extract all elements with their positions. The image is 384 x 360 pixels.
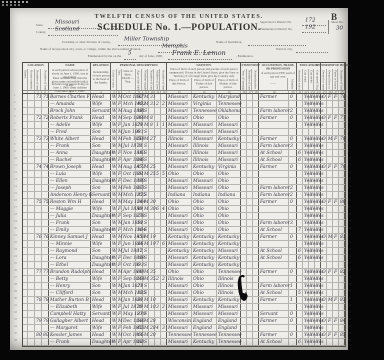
margin-line-number: 7 xyxy=(348,136,350,139)
margin-line-number: 9 xyxy=(14,150,16,153)
handwritten-entry: Brandon Rudolph xyxy=(50,270,90,275)
column-label: Number of these children living. xyxy=(161,70,164,90)
cell-mo xyxy=(289,206,297,212)
cell-nat3: Ohio xyxy=(217,185,241,191)
cell-fam xyxy=(42,262,49,268)
cell-fsch xyxy=(339,311,345,317)
cell-fam xyxy=(42,241,49,247)
handwritten-entry: Missouri xyxy=(168,123,188,128)
handwritten-entry: Kinney Samuel J xyxy=(50,235,88,240)
handwritten-entry: W xyxy=(112,277,117,282)
cell-age: 29 xyxy=(136,122,143,128)
handwritten-entry: W xyxy=(112,326,117,331)
cell-nat2: Kentucky xyxy=(192,241,217,247)
handwritten-entry: At School xyxy=(260,151,282,156)
table-row: Brock JohnServantWMAug 188118SMissouriTe… xyxy=(23,108,345,115)
cell-fsch xyxy=(339,283,345,289)
handwritten-entry: England xyxy=(193,326,212,331)
handwritten-entry: 39 xyxy=(137,298,143,303)
cell-mo: 0 xyxy=(289,199,297,205)
cell-fsch xyxy=(339,325,345,331)
margin-line-number: 16 xyxy=(14,199,17,202)
handwritten-entry: Missouri xyxy=(218,123,238,128)
cell-dw xyxy=(35,213,42,219)
table-row: 7777Brandon RudolphHeadWMApr 184060M35Oh… xyxy=(23,269,345,276)
cell-nat2: Kentucky xyxy=(192,234,217,240)
cell-name: — Elizabeth xyxy=(49,304,91,310)
handwritten-entry: Kentucky xyxy=(218,137,239,142)
cell-hn xyxy=(28,255,35,261)
handwritten-entry: 6 xyxy=(156,207,159,212)
cell-dob: Jul 1850 xyxy=(122,206,136,212)
margin-line-number: 29 xyxy=(14,290,17,293)
cell-hn xyxy=(28,213,35,219)
cell-dw: 77 xyxy=(35,269,42,275)
handwritten-entry: — Margaret xyxy=(50,326,78,331)
handwritten-entry: F xyxy=(334,116,337,121)
cell-occ: Farm laborer xyxy=(259,185,289,191)
cell-nat1: Missouri xyxy=(167,94,192,100)
cell-fsch: 78 xyxy=(339,136,345,142)
margin-line-number: 30 xyxy=(348,297,351,300)
fill-line xyxy=(48,35,118,36)
handwritten-entry: O xyxy=(322,333,326,338)
column-label: Age at last birthday. xyxy=(137,70,140,90)
handwritten-entry: Ohio xyxy=(193,221,204,226)
cell-name: — Ethel xyxy=(49,262,91,268)
cell-nat3: Tennessee xyxy=(217,339,241,345)
cell-hn xyxy=(28,262,35,268)
handwritten-entry: 71 xyxy=(36,95,42,100)
cell-mo xyxy=(289,157,297,163)
handwritten-entry: Illinois xyxy=(218,291,233,296)
margin-line-number: 20 xyxy=(14,227,17,230)
margin-line-number: 31 xyxy=(348,304,351,307)
handwritten-entry: F xyxy=(328,116,331,121)
handwritten-entry: W xyxy=(112,172,117,177)
cell-nat3: England xyxy=(217,318,241,324)
cell-name: Brock John xyxy=(49,108,91,114)
handwritten-entry: Son xyxy=(92,249,101,254)
handwritten-entry: 21 xyxy=(137,144,143,149)
group-title: CITIZENSHIP. xyxy=(239,64,259,67)
enumerator-label: , Enumerator. xyxy=(236,55,254,58)
cell-nat2: Kentucky xyxy=(192,94,217,100)
handwritten-entry: Ohio xyxy=(218,228,229,233)
cell-dw xyxy=(35,206,42,212)
handwritten-entry: 5 xyxy=(156,172,159,177)
handwritten-entry: W xyxy=(112,186,117,191)
cell-nat1: Missouri xyxy=(167,178,192,184)
handwritten-entry: Ohio xyxy=(193,214,204,219)
handwritten-entry: Illinois xyxy=(193,144,208,149)
scan-corner-artifact xyxy=(2,1,30,3)
cell-nat1: Missouri xyxy=(167,255,192,261)
handwritten-entry: M xyxy=(328,298,333,303)
handwritten-entry: 77 xyxy=(36,270,42,275)
cell-nat1: Missouri xyxy=(167,227,192,233)
handwritten-entry: S xyxy=(144,193,147,198)
cell-rel: Son xyxy=(91,185,111,191)
cell-nat2: Ohio xyxy=(192,213,217,219)
handwritten-entry: 80 xyxy=(36,333,42,338)
handwritten-entry: S xyxy=(144,221,147,226)
table-row: — MargaretWifeWFFeb 185545M2843MissouriE… xyxy=(23,325,345,332)
handwritten-entry: 19 xyxy=(137,179,143,184)
cell-hn xyxy=(28,192,35,198)
handwritten-entry: Campbell Hatty xyxy=(50,312,86,317)
cell-dob: Oct 1861 xyxy=(122,171,136,177)
handwritten-entry: 2 xyxy=(156,277,159,282)
handwritten-entry: 76 xyxy=(43,235,49,240)
cell-age: 47 xyxy=(136,164,143,170)
handwritten-entry: 76 xyxy=(36,235,42,240)
handwritten-entry: 75 xyxy=(36,200,42,205)
handwritten-entry: W xyxy=(112,228,117,233)
handwritten-entry: W xyxy=(112,123,117,128)
cell-mo: 2 xyxy=(289,192,297,198)
cell-nat3: Ohio xyxy=(217,199,241,205)
cell-nat3: Indiana xyxy=(217,192,241,198)
handwritten-entry: 0 xyxy=(290,333,293,338)
cell-age: 10 xyxy=(136,255,143,261)
handwritten-entry: Missouri xyxy=(168,305,188,310)
cell-rel: Head xyxy=(91,297,111,303)
handwritten-entry: 0 xyxy=(290,137,293,142)
margin-line-number: 13 xyxy=(14,178,17,181)
margin-line-number: 20 xyxy=(348,227,351,230)
column-label: Mother of how many children. xyxy=(155,70,158,90)
group-title: OCCUPATION, TRADE, OR PROFESSION xyxy=(260,64,295,71)
handwritten-entry: 79 xyxy=(340,165,346,170)
margin-line-number: 27 xyxy=(14,276,17,279)
handwritten-entry: Kentucky xyxy=(193,249,214,254)
cell-nat2: Tennessee xyxy=(192,108,217,114)
cell-fsch xyxy=(339,192,345,198)
cell-fsch: 79 xyxy=(339,164,345,170)
handwritten-entry: 1 xyxy=(162,123,165,128)
cell-occ: Farmer xyxy=(259,136,289,142)
cell-rel: Daughter xyxy=(91,157,111,163)
handwritten-entry: Gallagher Albert xyxy=(50,319,88,324)
handwritten-entry: 29 xyxy=(137,305,143,310)
cell-dob: Jun 1865 xyxy=(122,241,136,247)
cell-dob: Nov 1883 xyxy=(122,150,136,156)
group-title: NAME xyxy=(65,64,74,67)
handwritten-entry: Head xyxy=(92,235,104,240)
handwritten-entry: Farm laborer xyxy=(260,144,290,149)
handwritten-entry: Wife xyxy=(92,277,102,282)
cell-nat1: Missouri xyxy=(167,108,192,114)
handwritten-entry: O xyxy=(322,235,326,240)
margin-line-number: 10 xyxy=(14,157,17,160)
handwritten-entry: 6 xyxy=(298,340,301,345)
handwritten-entry: Wisconsin xyxy=(168,319,191,324)
handwritten-entry: O xyxy=(322,319,326,324)
handwritten-entry: 6 xyxy=(298,256,301,261)
handwritten-entry: Tennessee xyxy=(218,270,242,275)
sheet-number-label: Sheet No. xyxy=(331,21,344,24)
handwritten-entry: W xyxy=(112,270,117,275)
cell-fam xyxy=(42,255,49,261)
cell-dob: Dec 1846 xyxy=(122,318,136,324)
cell-age: 21 xyxy=(136,143,143,149)
cell-rel: Daughter xyxy=(91,262,111,268)
handwritten-entry: Servant xyxy=(260,312,278,317)
cell-fsch xyxy=(339,290,345,296)
handwritten-entry: — Frank xyxy=(50,340,70,345)
handwritten-entry: Servant xyxy=(92,312,110,317)
cell-nat2: Ohio xyxy=(192,269,217,275)
margin-line-number: 17 xyxy=(14,206,17,209)
handwritten-entry: Ohio xyxy=(193,270,204,275)
handwritten-entry: — Amanda xyxy=(50,102,75,107)
cell-nat2: Illinois xyxy=(192,157,217,163)
enumerated-date-label: day of June, 1900, xyxy=(139,55,163,58)
table-row: — EmilyDaughterWFMch 188416SMissouriOhio… xyxy=(23,227,345,234)
column-label: Can read. xyxy=(303,70,306,83)
sheet-number-value: 30 xyxy=(336,25,343,31)
cell-occ: Servant xyxy=(259,311,289,317)
column-label: Number of years married. xyxy=(149,70,152,90)
group-note: Place of birth of each person and parent… xyxy=(169,68,238,78)
cell-mo: 1 xyxy=(289,297,297,303)
cell-dw xyxy=(35,122,42,128)
cell-nat2: England xyxy=(192,325,217,331)
column-label: Place of birth of this Person. xyxy=(168,79,190,86)
handwritten-entry: F xyxy=(334,319,337,324)
handwritten-entry: Wife xyxy=(92,326,102,331)
cell-occ: At School xyxy=(259,290,289,296)
handwritten-entry: Head xyxy=(92,165,104,170)
cell-rel: Son xyxy=(91,283,111,289)
cell-nat1: Ohio xyxy=(167,171,192,177)
table-row: — JuliaDaughterWFSep 187821SMissouriOhio… xyxy=(23,213,345,220)
handwritten-entry: Ohio xyxy=(193,228,204,233)
handwritten-entry: 4 xyxy=(162,207,165,212)
margin-line-number: 23 xyxy=(348,248,351,251)
cell-nat1: Missouri xyxy=(167,339,192,345)
handwritten-entry: Ohio xyxy=(218,200,229,205)
cell-nat3: Missouri xyxy=(217,157,241,163)
handwritten-entry: 0 xyxy=(290,165,293,170)
cell-occ xyxy=(259,241,289,247)
handwritten-entry: Son xyxy=(92,291,101,296)
handwritten-entry: F xyxy=(118,277,121,282)
handwritten-entry: Wife xyxy=(92,102,102,107)
handwritten-entry: 34 xyxy=(137,242,143,247)
handwritten-entry: Maryland xyxy=(218,95,240,100)
handwritten-entry: 14 xyxy=(137,158,143,163)
handwritten-entry: F xyxy=(118,340,121,345)
handwritten-entry: 17 xyxy=(137,186,143,191)
cell-fam xyxy=(42,283,49,289)
handwritten-entry: 2 xyxy=(290,109,293,114)
cell-hn xyxy=(28,332,35,338)
handwritten-entry: 73 xyxy=(36,137,42,142)
cell-name: — Raymond xyxy=(49,248,91,254)
cell-name: — Rachel xyxy=(49,157,91,163)
cell-nat1: Illinois xyxy=(167,276,192,282)
handwritten-entry: Kentucky xyxy=(168,249,189,254)
cell-mo xyxy=(289,150,297,156)
margin-line-number: 9 xyxy=(348,150,350,153)
handwritten-entry: Missouri xyxy=(168,102,188,107)
handwritten-entry: Tennessee xyxy=(193,333,217,338)
handwritten-entry: W xyxy=(112,256,117,261)
handwritten-entry: Farm laborer xyxy=(260,109,290,114)
handwritten-entry: 79 xyxy=(43,319,49,324)
handwritten-entry: Ohio xyxy=(168,207,179,212)
cell-age: 12 xyxy=(136,339,143,345)
cell-nat3: Ohio xyxy=(217,227,241,233)
enumerated-label: Enumerated by me on the xyxy=(88,55,121,58)
cell-fsch xyxy=(339,339,345,345)
cell-fam xyxy=(42,150,49,156)
handwritten-entry: Missouri xyxy=(168,95,188,100)
cell-rel: Wife xyxy=(91,206,111,212)
handwritten-entry: 48 xyxy=(137,102,143,107)
handwritten-entry: Missouri xyxy=(168,221,188,226)
handwritten-entry: Kentucky xyxy=(193,165,214,170)
margin-line-number: 36 xyxy=(348,339,351,342)
column-label: Whether single, married, widowed, or div… xyxy=(143,70,146,90)
cell-fam xyxy=(42,143,49,149)
column-label: Naturalization. xyxy=(254,70,257,90)
margin-line-number: 11 xyxy=(14,164,17,167)
handwritten-entry: 78 xyxy=(340,137,346,142)
cell-dw xyxy=(35,325,42,331)
handwritten-entry: 56 xyxy=(137,200,143,205)
cell-age: 39 xyxy=(136,297,143,303)
cell-age: 41 xyxy=(136,234,143,240)
cell-dw: 78 xyxy=(35,297,42,303)
cell-nat2: Kentucky xyxy=(192,262,217,268)
cell-name: — Adelle xyxy=(49,122,91,128)
handwritten-entry: Missouri xyxy=(168,130,188,135)
cell-nat2: Tennessee xyxy=(192,332,217,338)
cell-occ xyxy=(259,122,289,128)
cell-occ xyxy=(259,325,289,331)
handwritten-entry: Ohio xyxy=(218,116,229,121)
handwritten-entry: Farm laborer xyxy=(260,193,290,198)
handwritten-entry: M xyxy=(144,123,149,128)
cell-rel: Wife xyxy=(91,276,111,282)
handwritten-entry: W xyxy=(112,109,117,114)
table-row: — EllenDaughterWFDec 188019SMissouriMiss… xyxy=(23,178,345,185)
table-header: LOCATION. Street. House number. Number o… xyxy=(23,63,345,94)
handwritten-entry: Ohio xyxy=(193,200,204,205)
margin-line-number: 11 xyxy=(348,164,351,167)
table-row: — BettyWifeWFSep 184455M3522IllinoisOhio… xyxy=(23,276,345,283)
cell-dw: 73 xyxy=(35,136,42,142)
handwritten-entry: W xyxy=(112,319,117,324)
column-label: Date of Birth. Month — Year. xyxy=(122,70,134,84)
cell-dw xyxy=(35,255,42,261)
handwritten-entry: M xyxy=(144,95,149,100)
cell-nat2: Missouri xyxy=(192,122,217,128)
table-row: — HenrySonWMJan 187921SMissouriOhioIllin… xyxy=(23,283,345,290)
handwritten-entry: 3 xyxy=(162,326,165,331)
handwritten-entry: Missouri xyxy=(168,109,188,114)
handwritten-entry: F xyxy=(118,326,121,331)
handwritten-entry: W xyxy=(112,221,117,226)
handwritten-entry: Farm laborer xyxy=(260,221,290,226)
cell-mo xyxy=(289,339,297,345)
cell-nat2: Ohio xyxy=(192,206,217,212)
handwritten-entry: M xyxy=(144,207,149,212)
handwritten-entry: 21 xyxy=(137,312,143,317)
cell-nat3: Kentucky xyxy=(217,297,241,303)
cell-hn xyxy=(28,143,35,149)
margin-line-number: 6 xyxy=(348,129,350,132)
cell-occ: Farm laborer xyxy=(259,108,289,114)
handwritten-entry: Kentucky xyxy=(193,256,214,261)
handwritten-entry: Illinois xyxy=(168,137,183,142)
handwritten-entry: 2 xyxy=(290,186,293,191)
cell-fam xyxy=(42,101,49,107)
margin-line-number: 18 xyxy=(14,213,17,216)
handwritten-entry: At School xyxy=(260,249,282,254)
cell-dob: Feb 1883 xyxy=(122,185,136,191)
handwritten-entry: 0 xyxy=(290,270,293,275)
cell-nat2: Missouri xyxy=(192,129,217,135)
handwritten-entry: Tennessee xyxy=(218,340,242,345)
cell-fam xyxy=(42,108,49,114)
handwritten-entry: 71 xyxy=(43,95,49,100)
handwritten-entry: 83 xyxy=(340,298,346,303)
cell-nat1: Missouri xyxy=(167,129,192,135)
handwritten-entry: Indiana xyxy=(193,193,210,198)
table-row: — JosephSonWMFeb 188317SMissouriMissouri… xyxy=(23,185,345,192)
cell-fam xyxy=(42,227,49,233)
handwritten-entry: S xyxy=(144,291,147,296)
cell-nat2: Missouri xyxy=(192,311,217,317)
margin-line-number: 14 xyxy=(14,185,17,188)
handwritten-entry: Indiana xyxy=(168,193,185,198)
cell-dob: Mch 1875 xyxy=(122,192,136,198)
cell-nat1: Missouri xyxy=(167,311,192,317)
handwritten-entry: 18 xyxy=(137,109,143,114)
cell-fsch xyxy=(339,304,345,310)
margin-line-number: 3 xyxy=(348,108,350,111)
cell-occ: Farmer xyxy=(259,164,289,170)
margin-line-number: 33 xyxy=(14,318,17,321)
cell-rel: Head xyxy=(91,164,111,170)
cell-occ xyxy=(259,262,289,268)
cell-occ: Farm laborer xyxy=(259,143,289,149)
cell-fsch xyxy=(339,206,345,212)
cell-age: 18 xyxy=(136,108,143,114)
cell-mo xyxy=(289,213,297,219)
scan-corner-artifact xyxy=(2,4,20,6)
cell-occ: At School xyxy=(259,227,289,233)
handwritten-entry: F xyxy=(118,151,121,156)
handwritten-entry: — Lora xyxy=(50,256,66,261)
column-label: Color or race. xyxy=(112,70,115,88)
cell-rel: Head xyxy=(91,94,111,100)
cell-name: Roberts Frank xyxy=(49,115,91,121)
cell-nat1: Missouri xyxy=(167,115,192,121)
cell-fsch: 84 xyxy=(339,318,345,324)
cell-dw xyxy=(35,311,42,317)
cell-nat3: Ohio xyxy=(217,213,241,219)
cell-fsch xyxy=(339,276,345,282)
handwritten-entry: — Julia xyxy=(50,214,66,219)
cell-fam xyxy=(42,129,49,135)
header-group-relation: RELATION. Relationship of each person to… xyxy=(91,63,111,90)
cell-occ: Farmer xyxy=(259,332,289,338)
